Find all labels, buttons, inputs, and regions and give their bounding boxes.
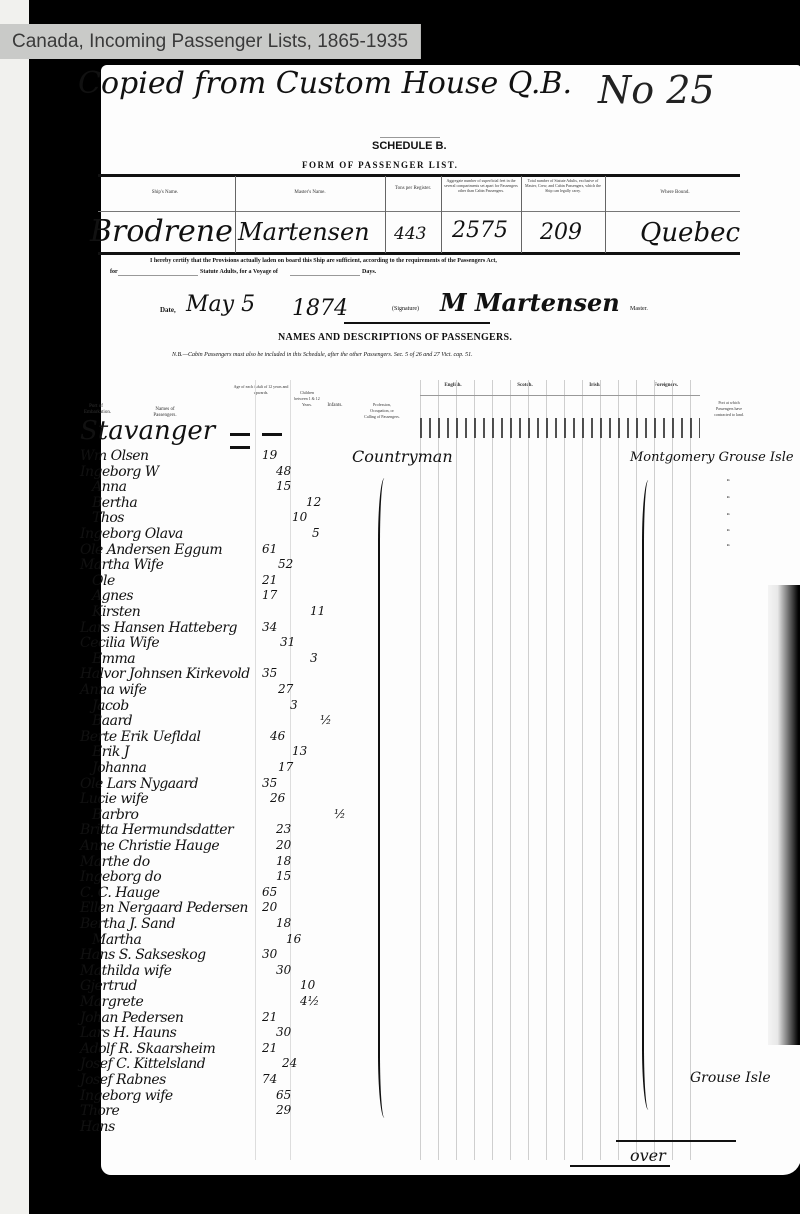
superficial-feet-value: 2575 — [452, 218, 508, 243]
passenger-name: Hans — [80, 1119, 115, 1135]
passenger-name: Ingeborg W — [80, 464, 159, 480]
passenger-name: Britta Hermundsdatter — [80, 822, 233, 838]
col-profession: Profession, Occupation, or Calling of Pa… — [364, 402, 400, 420]
master-name-value: Martensen — [238, 218, 370, 246]
col-irish: Irish. — [580, 383, 610, 389]
passenger-age: 12 — [306, 495, 321, 509]
passenger-name: Cecilia Wife — [80, 635, 159, 651]
passenger-age: 19 — [262, 448, 277, 462]
passenger-age: 65 — [262, 885, 277, 899]
passenger-age: 15 — [276, 869, 291, 883]
destination-brace — [642, 480, 658, 1110]
date-label: Date, — [160, 306, 176, 314]
col-port-embarkation: Port of Embarkation. — [84, 404, 108, 416]
passenger-name: Thore — [80, 1103, 119, 1119]
tons-value: 443 — [394, 224, 426, 244]
schedule-title: SCHEDULE B. — [372, 140, 447, 152]
passenger-name: Halvor Johnsen Kirkevold — [80, 666, 250, 682]
passenger-age: 30 — [276, 963, 291, 977]
passenger-name: Adolf R. Skaarsheim — [80, 1041, 215, 1057]
passenger-name: Jacob — [92, 698, 129, 714]
passenger-name: Emma — [92, 651, 135, 667]
nb-note: N.B.—Cabin Passengers must also be inclu… — [172, 352, 473, 358]
signature-suffix: Master. — [630, 306, 648, 312]
passenger-name: Barbro — [92, 807, 138, 823]
collection-title-tooltip: Canada, Incoming Passenger Lists, 1865-1… — [0, 24, 421, 59]
signature-value: M Martensen — [440, 288, 620, 317]
passenger-age: 13 — [292, 744, 307, 758]
passenger-name: Lars H. Hauns — [80, 1025, 176, 1041]
passenger-age: ½ — [320, 713, 332, 727]
section-title: NAMES AND DESCRIPTIONS OF PASSENGERS. — [278, 332, 512, 343]
passenger-age: 23 — [276, 822, 291, 836]
passenger-name: Anna — [92, 479, 127, 495]
col-scotch: Scotch. — [510, 383, 540, 389]
nationality-tick-row — [420, 418, 700, 438]
passenger-age: 29 — [276, 1103, 291, 1117]
passenger-name: Ellen Nergaard Pedersen — [80, 900, 248, 916]
passenger-name: Hans S. Sakseskog — [80, 947, 206, 963]
passenger-age: 17 — [278, 760, 293, 774]
passenger-age: 21 — [262, 1010, 277, 1024]
col-children: Children between 1 & 12 Years. — [294, 390, 320, 408]
passenger-age: 30 — [276, 1025, 291, 1039]
passenger-age: 18 — [276, 854, 291, 868]
bottom-right-note: Grouse Isle — [690, 1070, 771, 1086]
table-top-rule — [98, 174, 740, 177]
passenger-age: 34 — [262, 620, 277, 634]
passenger-name: Berte Erik Uefldal — [80, 729, 200, 745]
ship-name-value: Brodrene — [90, 214, 233, 249]
passenger-age: 20 — [262, 900, 277, 914]
passenger-age: 10 — [292, 510, 307, 524]
port-of-embarkation: Stavanger — [80, 416, 215, 446]
col-age-adults: Age of each Adult of 12 years and upward… — [228, 384, 294, 396]
passenger-name: Kirsten — [92, 604, 140, 620]
passenger-age: 3 — [310, 651, 318, 665]
certify-for: for — [110, 269, 118, 275]
passenger-name: Ole Andersen Eggum — [80, 542, 222, 558]
col-foreigners: Foreigners. — [646, 383, 686, 389]
passenger-name: Lars Hansen Hatteberg — [80, 620, 237, 636]
passenger-age: 18 — [276, 916, 291, 930]
passenger-name: Bertha — [92, 495, 137, 511]
date-year: 1874 — [292, 296, 348, 321]
col-superficial-feet: Aggregate number of superficial feet in … — [444, 178, 518, 193]
passenger-name: Ole — [92, 573, 115, 589]
passenger-age: 17 — [262, 588, 277, 602]
passenger-age: 65 — [276, 1088, 291, 1102]
col-ships-name: Ship's Name. — [140, 190, 190, 196]
passenger-age: ½ — [334, 807, 346, 821]
passenger-name: Mathilda wife — [80, 963, 171, 979]
passenger-age: 31 — [280, 635, 295, 649]
form-title: FORM OF PASSENGER LIST. — [302, 160, 458, 170]
annotation-number: No 25 — [598, 68, 715, 112]
col-where-bound: Where Bound. — [650, 190, 700, 196]
passenger-name: Bertha J. Sand — [80, 916, 175, 932]
passenger-age: 26 — [270, 791, 285, 805]
passenger-name: Ingeborg wife — [80, 1088, 173, 1104]
passenger-age: 24 — [282, 1056, 297, 1070]
passenger-name: Agnes — [92, 588, 133, 604]
passenger-age: 30 — [262, 947, 277, 961]
passenger-age: 27 — [278, 682, 293, 696]
certify-days: Days. — [362, 269, 376, 275]
passenger-age: 35 — [262, 776, 277, 790]
date-value: May 5 — [186, 292, 255, 317]
annotation-copied-from: Copied from Custom House Q.B. — [78, 66, 572, 101]
page-edge — [768, 585, 800, 1045]
passenger-name: Martha — [92, 932, 141, 948]
col-port-landed: Port at which Passengers have contracted… — [710, 400, 748, 418]
passenger-name: Martha Wife — [80, 557, 163, 573]
passenger-age: 10 — [300, 978, 315, 992]
passenger-name: Anne Christie Hauge — [80, 838, 219, 854]
passenger-row: Hans — [0, 1119, 400, 1138]
passenger-name: Ole Lars Nygaard — [80, 776, 198, 792]
passenger-name: Johan Pedersen — [80, 1010, 183, 1026]
signature-label: (Signature) — [392, 306, 419, 312]
certify-adults: Statute Adults, for a Voyage of — [200, 269, 278, 275]
passenger-name: Johanna — [92, 760, 146, 776]
passenger-name: Gjertrud — [80, 978, 137, 994]
passenger-age: 48 — [276, 464, 291, 478]
passenger-age: 15 — [276, 479, 291, 493]
passenger-age: 46 — [270, 729, 285, 743]
col-tons: Tons per Register. — [390, 186, 436, 192]
passenger-name: Erik J — [92, 744, 129, 760]
statute-adults-value: 209 — [540, 220, 582, 245]
col-infants: Infants. — [326, 403, 344, 409]
destination-value: Montgomery Grouse Isle — [630, 450, 794, 465]
passenger-age: 74 — [262, 1072, 277, 1086]
passenger-name: Ingeborg do — [80, 869, 161, 885]
passenger-name: Margrete — [80, 994, 143, 1010]
passenger-age: 61 — [262, 542, 277, 556]
passenger-name: Marthe do — [80, 854, 150, 870]
certify-text: I hereby certify that the Provisions act… — [150, 258, 497, 264]
passenger-name: C. C. Hauge — [80, 885, 160, 901]
passenger-age: 52 — [278, 557, 293, 571]
passenger-name: Thos — [92, 510, 124, 526]
col-masters-name: Master's Name. — [285, 190, 335, 196]
over-note: over — [630, 1146, 666, 1165]
passenger-name: Anna wife — [80, 682, 146, 698]
passenger-age: 11 — [310, 604, 325, 618]
passenger-age: 4½ — [300, 994, 319, 1008]
col-english: English. — [438, 383, 468, 389]
passenger-name: Wm Olsen — [80, 448, 149, 464]
passenger-age: 35 — [262, 666, 277, 680]
passenger-name: Ingeborg Olava — [80, 526, 183, 542]
passenger-age: 3 — [290, 698, 298, 712]
passenger-age: 21 — [262, 1041, 277, 1055]
where-bound-value: Quebec — [640, 218, 740, 248]
passenger-name: Baard — [92, 713, 132, 729]
passenger-name: Josef C. Kittelsland — [80, 1056, 205, 1072]
col-statute-adults: Total number of Statute Adults, exclusiv… — [524, 178, 602, 193]
passenger-age: 5 — [312, 526, 320, 540]
passenger-name: Josef Rabnes — [80, 1072, 166, 1088]
passenger-age: 21 — [262, 573, 277, 587]
passenger-name: Lucie wife — [80, 791, 148, 807]
passenger-age: 20 — [276, 838, 291, 852]
passenger-age: 16 — [286, 932, 301, 946]
